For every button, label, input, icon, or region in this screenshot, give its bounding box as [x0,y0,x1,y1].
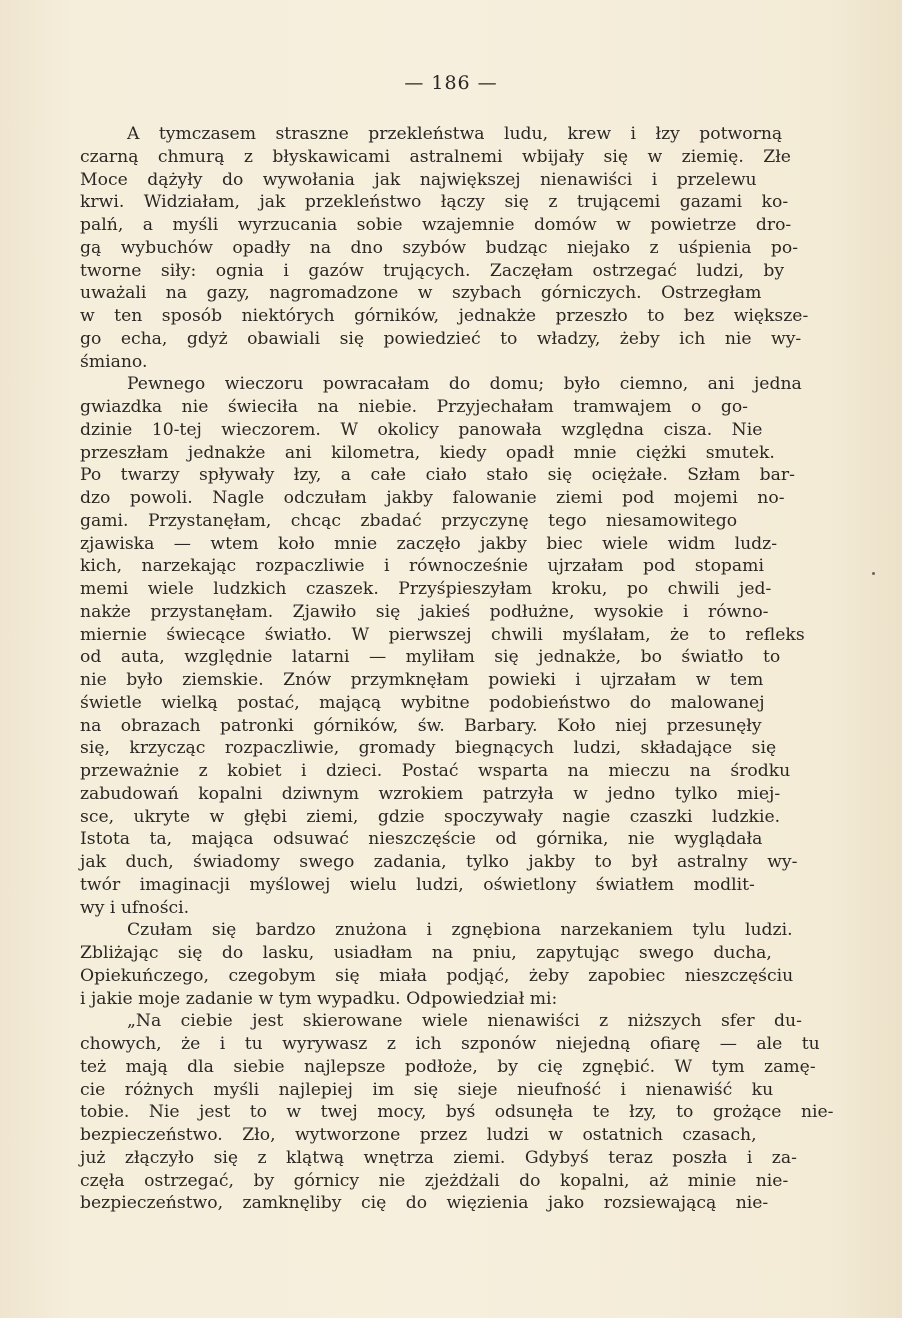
text-line: Zbliżając się do lasku, usiadłam na pniu… [80,942,843,965]
text-line: go echa, gdyż obawiali się powiedzieć to… [80,328,843,351]
text-line: krwi. Widziałam, jak przekleństwo łączy … [80,191,843,214]
text-line: i jakie moje zadanie w tym wypadku. Odpo… [80,988,843,1011]
text-line: też mają dla siebie najlepsze podłoże, b… [80,1056,843,1079]
text-line: bezpieczeństwo. Zło, wytworzone przez lu… [80,1124,843,1147]
text-line: częła ostrzegać, by górnicy nie zjeżdżal… [80,1170,843,1193]
text-line: cie różnych myśli najlepiej im się sieje… [80,1079,843,1102]
text-line: tobie. Nie jest to w twej mocy, byś odsu… [80,1101,843,1124]
text-line: wy i ufności. [80,897,843,920]
text-line: na obrazach patronki górników, św. Barba… [80,715,843,738]
text-line: tworne siły: ognia i gazów trujących. Za… [80,260,843,283]
text-line: Czułam się bardzo znużona i zgnębiona na… [80,919,843,942]
text-line: w ten sposób niektórych górników, jednak… [80,305,843,328]
text-line: od auta, względnie latarni — myliłam się… [80,646,843,669]
text-line: zabudowań kopalni dziwnym wzrokiem patrz… [80,783,843,806]
text-line: uważali na gazy, nagromadzone w szybach … [80,282,843,305]
text-line: Po twarzy spływały łzy, a całe ciało sta… [80,464,843,487]
text-line: Pewnego wieczoru powracałam do domu; był… [80,373,843,396]
print-speck [872,572,875,575]
text-line: A tymczasem straszne przekleństwa ludu, … [80,123,843,146]
text-line: gwiazdka nie świeciła na niebie. Przyjec… [80,396,843,419]
text-line: Opiekuńczego, czegobym się miała podjąć,… [80,965,843,988]
paragraph: Pewnego wieczoru powracałam do domu; był… [80,373,843,919]
text-line: palń, a myśli wyrzucania sobie wzajemnie… [80,214,843,237]
text-line: się, krzycząc rozpaczliwie, gromady bieg… [80,737,843,760]
text-line: miernie świecące światło. W pierwszej ch… [80,624,843,647]
text-line: twór imaginacji myślowej wielu ludzi, oś… [80,874,843,897]
text-line: sce, ukryte w głębi ziemi, gdzie spoczyw… [80,806,843,829]
page-number: — 186 — [0,72,902,94]
text-line: nakże przystanęłam. Zjawiło się jakieś p… [80,601,843,624]
paragraph: Czułam się bardzo znużona i zgnębiona na… [80,919,843,1010]
text-line: przeszłam jednakże ani kilometra, kiedy … [80,442,843,465]
text-line: Moce dążyły do wywołania jak największej… [80,169,843,192]
text-line: gą wybuchów opadły na dno szybów budząc … [80,237,843,260]
text-line: Istota ta, mająca odsuwać nieszczęście o… [80,828,843,851]
text-line: gami. Przystanęłam, chcąc zbadać przyczy… [80,510,843,533]
text-line: zjawiska — wtem koło mnie zaczęło jakby … [80,533,843,556]
text-line: śmiano. [80,351,843,374]
body-text: A tymczasem straszne przekleństwa ludu, … [80,123,843,1215]
paragraph: „Na ciebie jest skierowane wiele nienawi… [80,1010,843,1215]
text-line: „Na ciebie jest skierowane wiele nienawi… [80,1010,843,1033]
text-line: przeważnie z kobiet i dzieci. Postać wsp… [80,760,843,783]
text-line: świetle wielką postać, mającą wybitne po… [80,692,843,715]
text-line: bezpieczeństwo, zamknęliby cię do więzie… [80,1192,843,1215]
book-page: — 186 — A tymczasem straszne przekleństw… [0,0,902,1318]
text-line: dzinie 10-tej wieczorem. W okolicy panow… [80,419,843,442]
text-line: memi wiele ludzkich czaszek. Przyśpieszy… [80,578,843,601]
text-line: nie było ziemskie. Znów przymknęłam powi… [80,669,843,692]
paragraph: A tymczasem straszne przekleństwa ludu, … [80,123,843,373]
text-line: czarną chmurą z błyskawicami astralnemi … [80,146,843,169]
text-line: dzo powoli. Nagle odczułam jakby falowan… [80,487,843,510]
text-line: jak duch, świadomy swego zadania, tylko … [80,851,843,874]
text-line: już złączyło się z klątwą wnętrza ziemi.… [80,1147,843,1170]
text-line: kich, narzekając rozpaczliwie i równocze… [80,555,843,578]
text-line: chowych, że i tu wyrywasz z ich szponów … [80,1033,843,1056]
